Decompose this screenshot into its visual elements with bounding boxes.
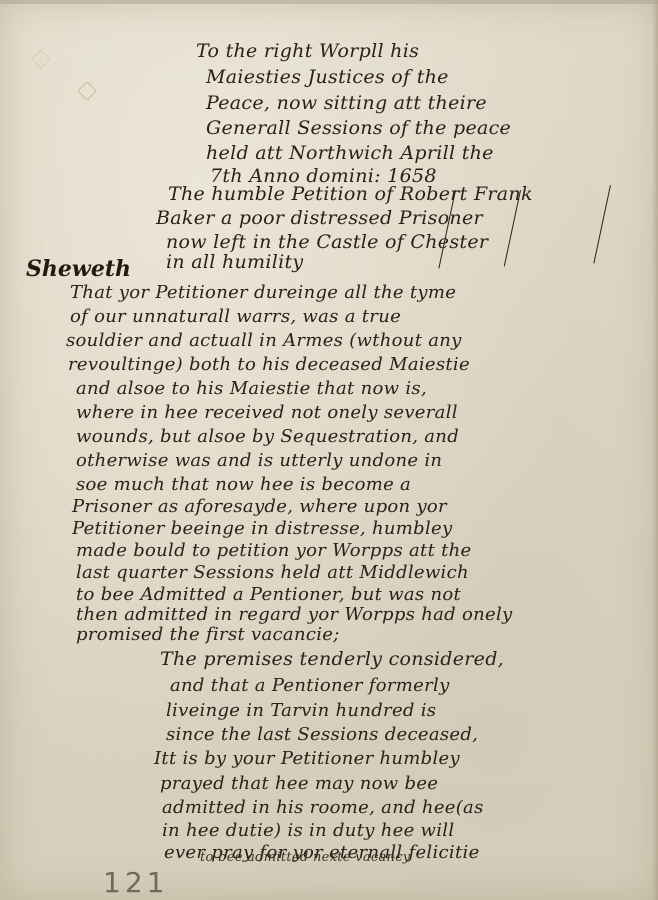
address-line: To the right Worpll his [196,40,419,62]
petition-heading-line: Baker a poor distressed Prisoner [156,207,483,229]
address-line: Peace, now sitting att theire [206,92,487,114]
pen-flourish [593,185,611,263]
body-line: to bee Admitted a Pentioner, but was not [76,584,461,605]
paper-stain [77,81,97,101]
body-line: The premises tenderly considered, [160,648,504,670]
petition-heading-line: now left in the Castle of Chester [166,231,488,253]
body-line: wounds, but alsoe by Sequestration, and [76,426,459,447]
petition-heading-line: The humble Petition of Robert Frank [168,183,533,205]
page-top-edge [0,0,658,4]
page-right-edge [652,0,658,900]
body-line: where in hee received not onely severall [76,402,458,423]
body-line: in hee dutie) is in duty hee will [162,820,454,841]
body-line: promised the first vacancie; [76,624,340,645]
clerk-annotation: to bee admitted nexte vacancy [200,850,410,865]
body-line: since the last Sessions deceased, [166,724,478,745]
body-line: Prisoner as aforesayde, where upon yor [72,496,447,517]
body-line: souldier and actuall in Armes (wthout an… [66,330,462,351]
body-line: liveinge in Tarvin hundred is [166,700,436,721]
body-line: That yor Petitioner dureinge all the tym… [70,282,456,303]
margin-label-sheweth: Sheweth [26,256,131,282]
petition-heading-line: in all humility [166,251,303,273]
address-line: Generall Sessions of the peace [206,117,511,139]
body-line: and that a Pentioner formerly [170,675,450,696]
body-line: then admitted in regard yor Worpps had o… [76,604,513,625]
address-line: Maiesties Justices of the [206,66,449,88]
body-line: Petitioner beeinge in distresse, humbley [72,518,452,539]
body-line: last quarter Sessions held att Middlewic… [76,562,469,583]
body-line: Itt is by your Petitioner humbley [154,748,460,769]
paper-stain [31,49,51,69]
body-line: and alsoe to his Maiestie that now is, [76,378,427,399]
folio-number: 121 [103,866,168,899]
body-line: made bould to petition yor Worpps att th… [76,540,472,561]
body-line: prayed that hee may now bee [160,773,438,794]
body-line: of our unnaturall warrs, was a true [70,306,401,327]
manuscript-page: To the right Worpll his Maiesties Justic… [0,0,658,900]
body-line: admitted in his roome, and hee(as [162,797,484,818]
address-line: held att Northwich Aprill the [206,142,494,164]
body-line: revoultinge) both to his deceased Maiest… [68,354,470,375]
body-line: soe much that now hee is become a [76,474,411,495]
body-line: otherwise was and is utterly undone in [76,450,442,471]
